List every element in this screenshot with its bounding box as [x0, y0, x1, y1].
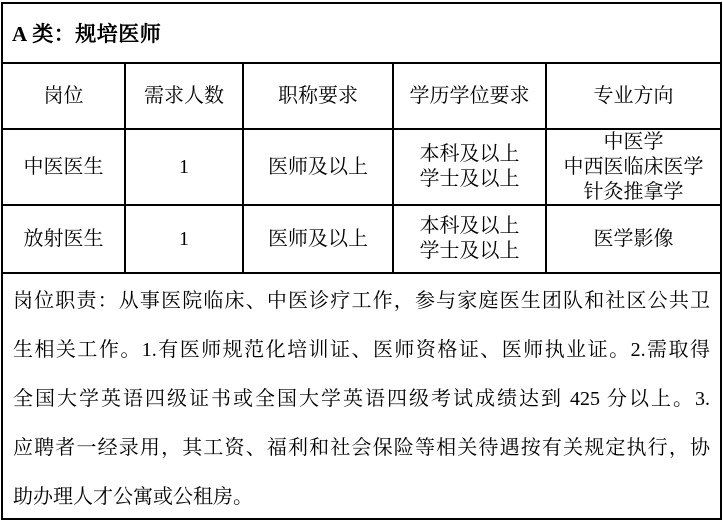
position-cell: 中医医生 [3, 130, 126, 204]
duty-text-line: 应聘者一经录用，其工资、福利和社会保险等相关待遇按有关规定执行，协 [13, 424, 710, 473]
column-header-title-requirement: 职称要求 [244, 64, 394, 128]
title-requirement-cell: 医师及以上 [244, 206, 394, 272]
headcount-cell: 1 [126, 206, 244, 272]
duty-text-line: 全国大学英语四级证书或全国大学英语四级考试成绩达到 425 分以上。3. [13, 375, 710, 424]
major-line: 中医学 [604, 130, 664, 155]
education-line: 本科及以上 [420, 142, 520, 167]
headcount-cell: 1 [126, 130, 244, 204]
major-line: 针灸推拿学 [584, 180, 684, 205]
position-cell: 放射医生 [3, 206, 126, 272]
column-header-position: 岗位 [3, 64, 126, 128]
education-line: 学士及以上 [420, 239, 520, 264]
column-header-education-requirement: 学历学位要求 [394, 64, 547, 128]
duty-text-line: 岗位职责：从事医院临床、中医诊疗工作，参与家庭医生团队和社区公共卫 [13, 277, 710, 326]
education-line: 本科及以上 [420, 214, 520, 239]
major-line: 中西医临床医学 [564, 155, 704, 180]
education-requirement-cell: 本科及以上 学士及以上 [394, 206, 547, 272]
education-line: 学士及以上 [420, 167, 520, 192]
table-header-row: 岗位 需求人数 职称要求 学历学位要求 专业方向 [3, 64, 720, 130]
table-row: 放射医生 1 医师及以上 本科及以上 学士及以上 医学影像 [3, 206, 720, 274]
category-title-row: A 类：规培医师 [3, 4, 720, 64]
duty-text-line: 生相关工作。1.有医师规范化培训证、医师资格证、医师执业证。2.需取得 [13, 326, 710, 375]
major-line: 医学影像 [594, 227, 674, 252]
recruitment-table: A 类：规培医师 岗位 需求人数 职称要求 学历学位要求 专业方向 中医医生 1… [1, 2, 722, 520]
title-requirement-cell: 医师及以上 [244, 130, 394, 204]
page-title: A 类：规培医师 [12, 18, 161, 48]
duty-text-line: 助办理人才公寓或公租房。 [13, 473, 710, 522]
education-requirement-cell: 本科及以上 学士及以上 [394, 130, 547, 204]
job-duties-paragraph: 岗位职责：从事医院临床、中医诊疗工作，参与家庭医生团队和社区公共卫 生相关工作。… [3, 274, 720, 522]
column-header-headcount: 需求人数 [126, 64, 244, 128]
major-cell: 中医学 中西医临床医学 针灸推拿学 [547, 130, 720, 204]
table-row: 中医医生 1 医师及以上 本科及以上 学士及以上 中医学 中西医临床医学 针灸推… [3, 130, 720, 206]
major-cell: 医学影像 [547, 206, 720, 272]
column-header-major: 专业方向 [547, 64, 720, 128]
